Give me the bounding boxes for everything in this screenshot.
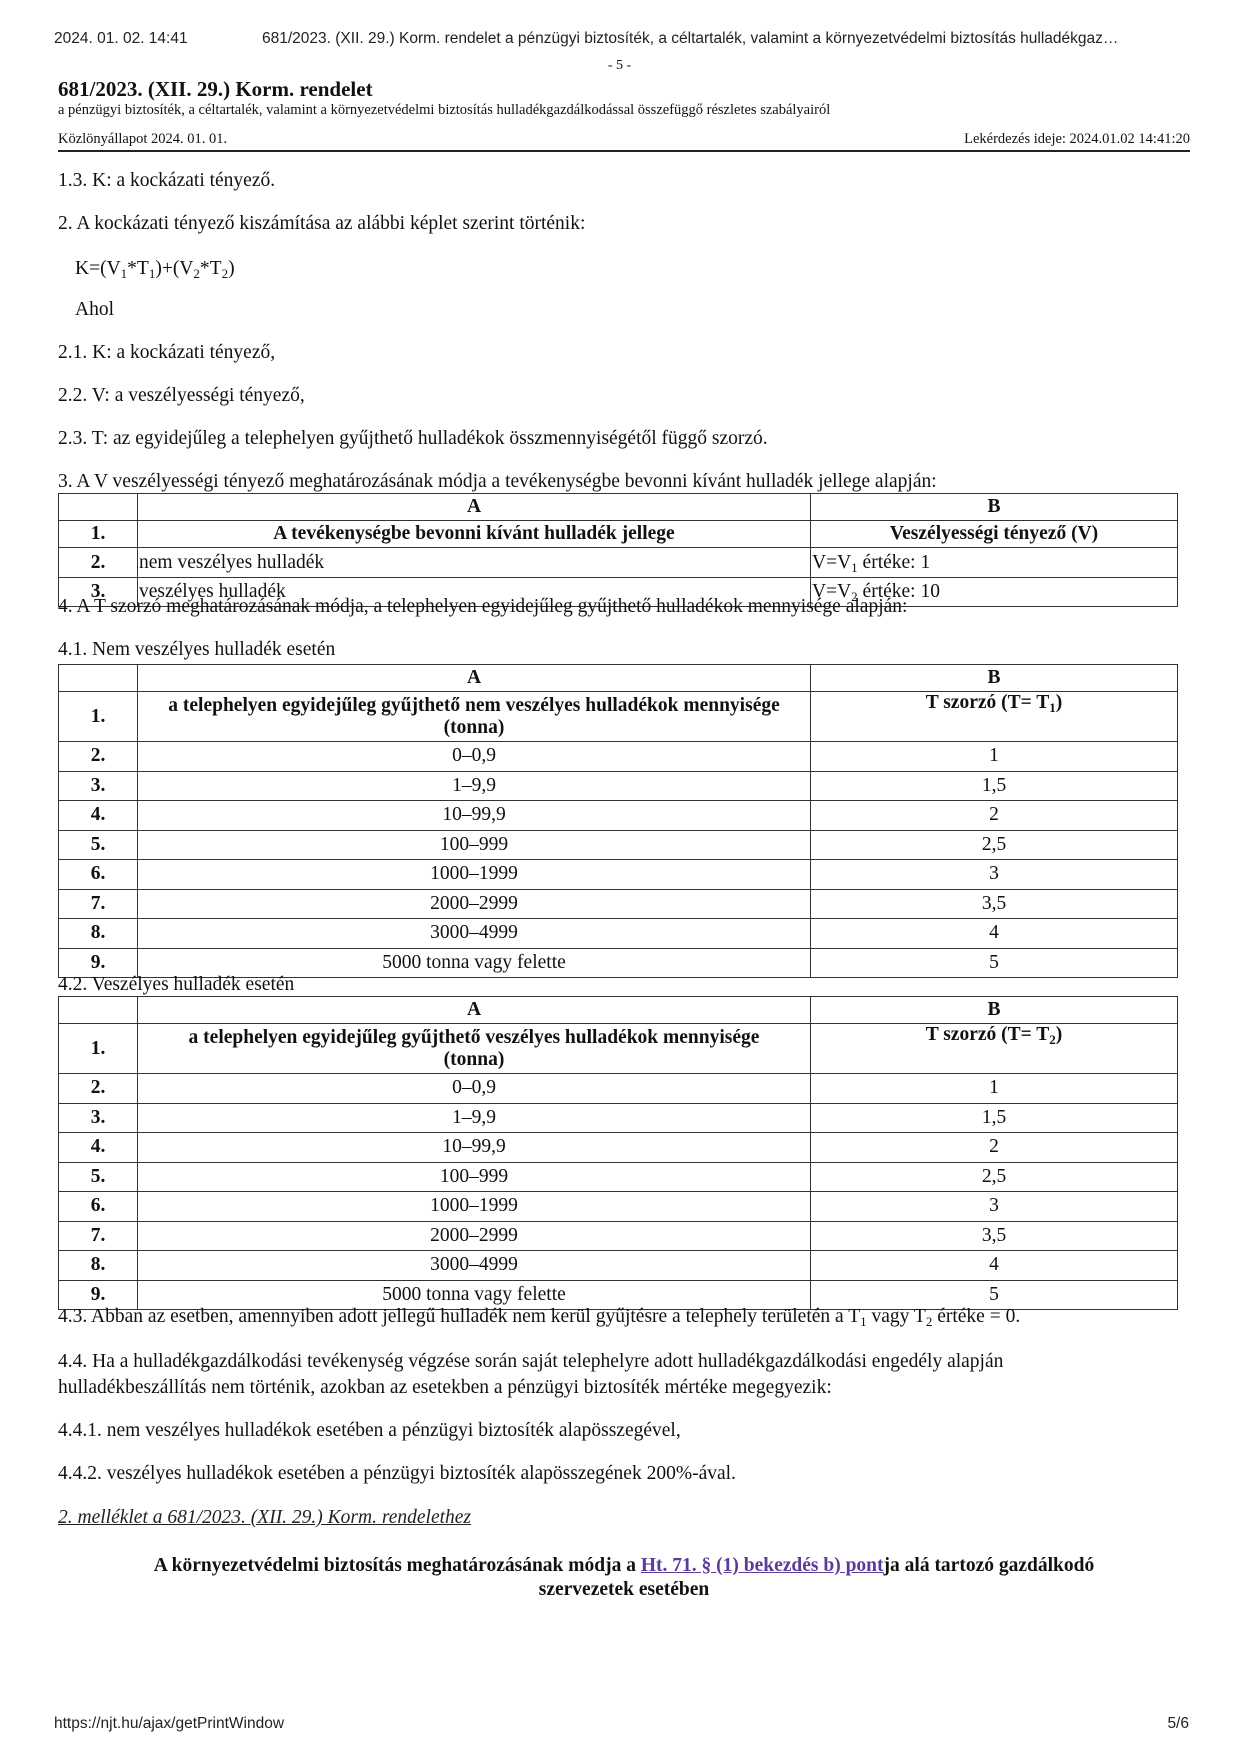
para-3: 3. A V veszélyességi tényező meghatározá… (58, 470, 937, 494)
para-4: 4. A T szorzó meghatározásának módja, a … (58, 595, 907, 619)
header-divider (58, 150, 1190, 152)
para-4-2: 4.2. Veszélyes hulladék esetén (58, 973, 294, 997)
para-4-1: 4.1. Nem veszélyes hulladék esetén (58, 638, 335, 662)
print-datetime: 2024. 01. 02. 14:41 (54, 30, 188, 48)
table-row: 5.100–9992,5 (59, 830, 1178, 860)
table-row: 2. nem veszélyes hulladék V=V1 értéke: 1 (59, 548, 1178, 578)
page-marker: - 5 - (0, 58, 1239, 74)
para-4-4-1: 4.4.1. nem veszélyes hulladékok esetében… (58, 1419, 681, 1443)
para-2-3: 2.3. T: az egyidejűleg a telephelyen gyű… (58, 427, 768, 451)
table-row: 3.1–9,91,5 (59, 1103, 1178, 1133)
column-a-label: A (138, 494, 811, 521)
column-a-label: A (138, 665, 811, 692)
table-row: 7.2000–29993,5 (59, 889, 1178, 919)
annex-2-link[interactable]: 2. melléklet a 681/2023. (XII. 29.) Korm… (58, 1506, 471, 1530)
table-row: 7.2000–29993,5 (59, 1221, 1178, 1251)
table-row: 6.1000–19993 (59, 860, 1178, 890)
para-2-1: 2.1. K: a kockázati tényező, (58, 341, 275, 365)
table-row: 2.0–0,91 (59, 742, 1178, 772)
para-1-3: 1.3. K: a kockázati tényező. (58, 169, 275, 193)
ht-71-link[interactable]: Ht. 71. § (1) bekezdés b) pont (641, 1555, 884, 1576)
table-column-header-row: A B (59, 997, 1178, 1024)
table-row: 5.100–9992,5 (59, 1162, 1178, 1192)
doc-title: 681/2023. (XII. 29.) Korm. rendelet (58, 77, 373, 102)
table-hazard-factor: A B 1. A tevékenységbe bevonni kívánt hu… (58, 493, 1178, 607)
table-row: 6.1000–19993 (59, 1192, 1178, 1222)
column-b-label: B (811, 997, 1178, 1024)
para-4-4-line2: hulladékbeszállítás nem történik, azokba… (58, 1376, 832, 1400)
annex-heading: A környezetvédelmi biztosítás meghatároz… (58, 1554, 1190, 1602)
para-2: 2. A kockázati tényező kiszámítása az al… (58, 212, 585, 236)
column-a-label: A (138, 997, 811, 1024)
table-column-header-row: A B (59, 665, 1178, 692)
print-title: 681/2023. (XII. 29.) Korm. rendelet a pé… (262, 30, 1118, 48)
table-row: 4.10–99,92 (59, 801, 1178, 831)
formula: K=(V1*T1)+(V2*T2) (75, 257, 235, 281)
table-row: 4.10–99,92 (59, 1133, 1178, 1163)
table-row: 8.3000–49994 (59, 1251, 1178, 1281)
para-2-2: 2.2. V: a veszélyességi tényező, (58, 384, 305, 408)
doc-subtitle: a pénzügyi biztosíték, a céltartalék, va… (58, 102, 830, 119)
column-b-label: B (811, 665, 1178, 692)
table-row: 3.1–9,91,5 (59, 771, 1178, 801)
table-row: 8.3000–49994 (59, 919, 1178, 949)
table-row: 2.0–0,91 (59, 1074, 1178, 1104)
gazette-state: Közlönyállapot 2024. 01. 01. (58, 131, 227, 148)
table-t1-multiplier: A B 1. a telephelyen egyidejűleg gyűjthe… (58, 664, 1178, 978)
table-header-row: 1. a telephelyen egyidejűleg gyűjthető v… (59, 1024, 1178, 1074)
column-b-label: B (811, 494, 1178, 521)
table-header-row: 1. a telephelyen egyidejűleg gyűjthető n… (59, 692, 1178, 742)
ahol-label: Ahol (75, 298, 114, 322)
para-4-4-line1: 4.4. Ha a hulladékgazdálkodási tevékenys… (58, 1350, 1003, 1374)
para-4-3: 4.3. Abban az esetben, amennyiben adott … (58, 1305, 1020, 1329)
print-page-number: 5/6 (1167, 1715, 1189, 1733)
print-url: https://njt.hu/ajax/getPrintWindow (54, 1715, 284, 1733)
table-header-row: 1. A tevékenységbe bevonni kívánt hullad… (59, 521, 1178, 548)
para-4-4-2: 4.4.2. veszélyes hulladékok esetében a p… (58, 1462, 736, 1486)
table-t2-multiplier: A B 1. a telephelyen egyidejűleg gyűjthe… (58, 996, 1178, 1310)
query-time: Lekérdezés ideje: 2024.01.02 14:41:20 (964, 131, 1190, 148)
table-column-header-row: A B (59, 494, 1178, 521)
